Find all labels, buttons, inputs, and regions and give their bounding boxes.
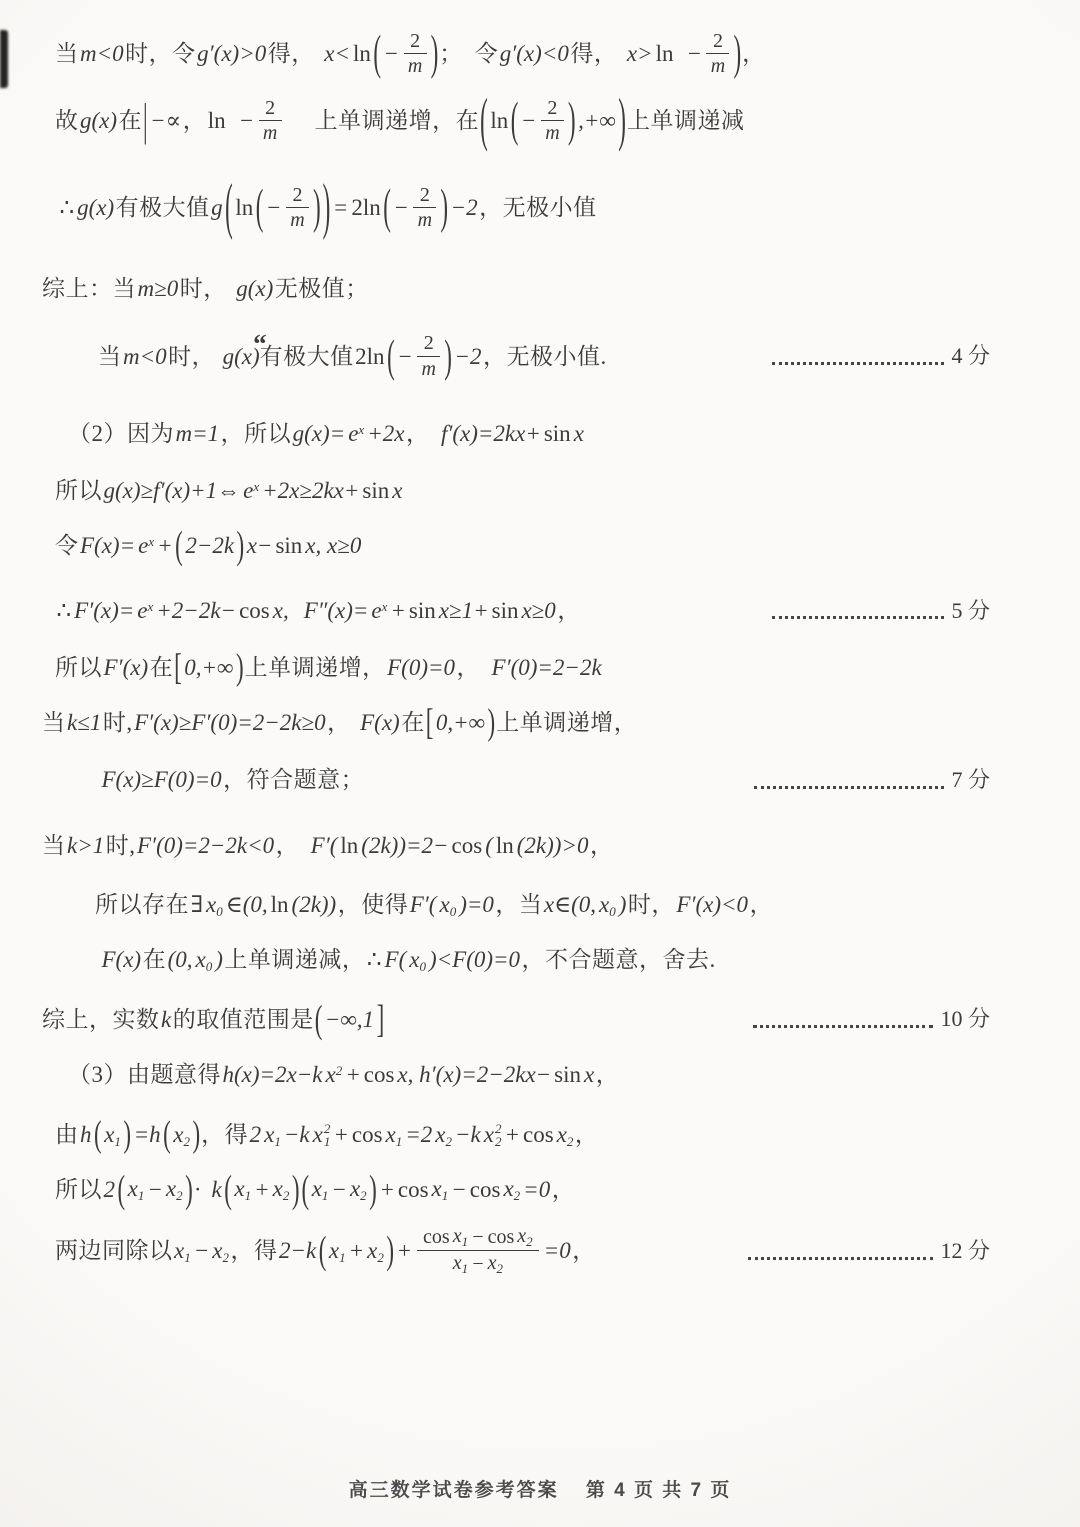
math-subscript: x2 <box>172 1119 192 1151</box>
solution-line-7: 所以g(x)≥f′(x)+1⇔ex+2x≥2kx+sinx <box>0 475 990 506</box>
solution-line-1: 当m<0时，令g′(x)>0得，x<ln(−2m)；令g′(x)<0得，x>ln… <box>0 30 990 78</box>
math-roman: 2ln <box>350 192 382 223</box>
spacer <box>429 433 439 434</box>
math-italic: g(x)= <box>291 418 347 449</box>
math-italic: h <box>79 1119 94 1150</box>
math-roman: cos <box>396 1174 430 1205</box>
math-roman: ln <box>206 105 227 136</box>
math-fraction: 2m <box>404 30 427 78</box>
solution-line-8: 令F(x)=ex+(2−2k)x−sinx, x≥0 <box>0 530 990 561</box>
math-roman: 2 <box>291 184 304 206</box>
solution-content: 当m<0时，令g′(x)>0得，x<ln(−2m)；令g′(x)<0得，x>ln… <box>0 0 1080 1277</box>
math-italic: 2 <box>248 1119 263 1150</box>
math-italic: =0 <box>522 1174 552 1205</box>
big-delimiter: ( <box>174 519 184 572</box>
solution-line-9: ∴F′(x)=ex+2−2k−cosx,F″(x)=ex+sinx≥1+sinx… <box>0 595 990 626</box>
big-delimiter: ) <box>430 21 440 86</box>
chinese-text: 令 <box>475 38 499 69</box>
big-delimiter: ( <box>224 164 234 248</box>
math-subscript: x0 <box>438 889 458 921</box>
math-roman: ln <box>234 192 255 223</box>
math-italic: x∈(0, <box>542 889 597 920</box>
math-subscript: x2 <box>348 1173 368 1205</box>
math-italic: +2−2k− <box>155 595 238 626</box>
math-subscript: x2 <box>211 1235 231 1267</box>
fraction-numerator: 2 <box>286 184 309 208</box>
math-italic: g′(x)>0 <box>196 38 268 69</box>
math-italic: − <box>470 1226 487 1248</box>
chinese-text: 时, <box>106 830 136 861</box>
math-italic: + <box>503 1119 522 1150</box>
big-delimiter: ) <box>439 174 449 239</box>
solution-line-16: 综上，实数k的取值范围是(−∞,1]10 分 <box>0 1004 990 1035</box>
spacer <box>315 53 323 54</box>
math-italic: g′(x)<0 <box>498 38 570 69</box>
math-superscript: ex <box>137 530 156 561</box>
math-roman: ln <box>494 830 515 861</box>
math-italic: k <box>210 1174 223 1205</box>
chinese-text: 上单调递减， <box>224 944 365 975</box>
big-delimiter: ( <box>301 1162 311 1215</box>
math-italic: x, x≥0 <box>304 530 363 561</box>
math-italic: F(x) <box>359 707 402 738</box>
math-italic: =2 <box>404 1119 434 1150</box>
math-subscript: x1 <box>103 1119 123 1151</box>
fraction-numerator: 2 <box>404 30 427 54</box>
chinese-text: ，符合题意； <box>223 764 364 795</box>
math-italic: m <box>416 209 433 231</box>
big-delimiter: ) <box>322 164 332 248</box>
math-italic: )=0 <box>458 889 496 920</box>
math-italic: = <box>331 192 350 223</box>
math-italic: F′(x)= <box>73 595 136 626</box>
fraction-denominator: m <box>406 54 423 77</box>
math-subscript: x1 <box>327 1235 347 1267</box>
solution-line-20: 两边同除以x1−x2，得2−k(x1+x2)+cosx1−cosx2x1−x2=… <box>0 1225 990 1277</box>
math-italic: ∈(0, <box>224 889 269 920</box>
spacer <box>480 667 490 668</box>
math-italic: m <box>406 55 423 77</box>
math-italic: 2 <box>102 1174 117 1205</box>
chinese-text: （2）因为 <box>68 418 174 449</box>
math-roman: cos <box>238 595 272 626</box>
math-roman: ∴ <box>365 944 383 975</box>
math-roman: ln <box>269 889 290 920</box>
spacer <box>299 845 309 846</box>
fraction-numerator: 2 <box>259 97 282 121</box>
solution-line-5: 当m<0时，g(x)“有极大值2ln(−2m)−2，无极小值.4 分 <box>0 332 990 380</box>
math-subscript: x1 <box>451 1225 469 1250</box>
math-roman: ∴ <box>58 192 76 223</box>
math-italic: + <box>156 530 175 561</box>
math-subscript: x1 <box>430 1173 450 1205</box>
chinese-text: 当 <box>98 341 122 372</box>
math-italic: k <box>160 1004 173 1035</box>
math-italic: − <box>146 1174 165 1205</box>
math-subscript: x2 <box>434 1119 454 1151</box>
big-delimiter: | <box>142 89 149 151</box>
math-roman: sin <box>542 418 572 449</box>
chinese-text: 由 <box>55 1119 79 1150</box>
big-delimiter: ( <box>314 992 324 1045</box>
math-italic: −∝ <box>149 105 183 136</box>
math-superscript: ex <box>347 418 366 449</box>
math-italic: 0,+∞ <box>183 652 235 683</box>
math-italic: g <box>210 192 225 223</box>
math-italic: g(x)≥f′(x)+1⇔ <box>102 475 242 506</box>
math-italic: m <box>544 122 561 144</box>
math-roman: cos <box>350 1119 384 1150</box>
chinese-text: 在 <box>401 707 425 738</box>
math-italic: + <box>253 1174 272 1205</box>
math-subscript: x1 <box>173 1235 193 1267</box>
chinese-text: 在 <box>143 944 167 975</box>
math-superscript: ex <box>242 475 261 506</box>
big-delimiter: ) <box>236 519 246 572</box>
math-subscript: x2 <box>486 1252 504 1277</box>
math-subscript: x1 <box>451 1252 469 1277</box>
math-italic: − <box>382 38 401 69</box>
dotted-leader <box>748 1242 933 1259</box>
math-italic: =h <box>132 1119 162 1150</box>
big-delimiter: ) <box>732 21 742 86</box>
math-subscript: x2 <box>164 1173 184 1205</box>
math-superscript: x2 <box>324 1059 344 1090</box>
chinese-text: ， <box>742 38 766 69</box>
chinese-text: 当 <box>55 38 79 69</box>
chinese-text: ，得 <box>201 1119 248 1150</box>
math-italic: − <box>685 38 704 69</box>
dotted-leader <box>754 771 944 788</box>
math-italic: m <box>420 358 437 380</box>
big-delimiter: ) <box>385 1224 395 1277</box>
math-fraction: 2m <box>286 184 309 232</box>
math-italic: 2−k <box>277 1235 317 1266</box>
chinese-text: ， <box>596 1059 620 1090</box>
fraction-numerator: 2 <box>541 97 564 121</box>
math-roman: 2 <box>422 332 435 354</box>
chinese-text: ， <box>575 1119 599 1150</box>
math-italic: x< <box>323 38 352 69</box>
chinese-text: ，所以 <box>221 418 292 449</box>
chinese-text: 上单调递减 <box>627 105 745 136</box>
math-italic: ) <box>214 944 225 975</box>
math-italic: m <box>261 122 278 144</box>
scan-artifact-quote: “ <box>253 326 264 362</box>
chinese-text: 所以 <box>55 475 102 506</box>
math-roman: 2 <box>264 97 277 119</box>
solution-line-6: （2）因为m=1，所以g(x)=ex+2x，f′(x)=2kx+sinx <box>0 418 990 449</box>
big-delimiter: ( <box>255 174 265 239</box>
math-italic: ( <box>484 830 495 861</box>
big-delimiter: ) <box>567 87 577 152</box>
fraction-denominator: m <box>261 121 278 144</box>
math-italic: − <box>470 1253 487 1275</box>
chinese-text: 两边同除以 <box>55 1235 173 1266</box>
math-subscript: x2 <box>271 1173 291 1205</box>
chinese-text: ， <box>572 1235 596 1266</box>
big-delimiter: ) <box>368 1162 378 1215</box>
math-italic: F( <box>383 944 408 975</box>
big-delimiter: ) <box>122 1109 132 1159</box>
math-italic: x <box>391 475 404 506</box>
chinese-text: 所以 <box>55 652 102 683</box>
math-italic: =0 <box>542 1235 572 1266</box>
chinese-text: ，不合题意，舍去. <box>522 944 716 975</box>
footer-page-info: 第 4 页 共 7 页 <box>576 1480 742 1501</box>
math-italic: − <box>330 1174 349 1205</box>
score-label: 10 分 <box>933 1004 990 1034</box>
chinese-text: · <box>194 1174 202 1205</box>
math-subscript: x1 <box>263 1119 283 1151</box>
math-italic: x <box>583 1059 596 1090</box>
math-roman: ln <box>654 38 675 69</box>
score-label: 7 分 <box>944 765 990 795</box>
math-subscript: x0 <box>194 944 214 976</box>
footer-title: 高三数学试卷参考答案 <box>339 1480 569 1501</box>
big-delimiter: ( <box>93 1109 103 1159</box>
math-italic: F(0)=0 <box>386 652 457 683</box>
chinese-text: 综上，实数 <box>42 1004 160 1035</box>
chinese-text: （3）由题意得 <box>68 1059 221 1090</box>
math-roman: ln <box>339 830 360 861</box>
math-italic: m<0 <box>122 341 169 372</box>
big-delimiter: ) <box>443 325 453 387</box>
math-italic: + <box>347 1235 366 1266</box>
chinese-text: 有极大值 <box>116 192 210 223</box>
math-subscript: x1 <box>233 1173 253 1205</box>
math-italic: m <box>709 55 726 77</box>
math-roman: sin <box>407 595 437 626</box>
chinese-text: ， <box>552 1174 576 1205</box>
spacer <box>463 53 475 54</box>
dotted-leader <box>753 1011 933 1028</box>
chinese-text: ，当 <box>495 889 542 920</box>
math-roman: cos <box>468 1174 502 1205</box>
math-fraction: 2m <box>413 184 436 232</box>
big-delimiter: ] <box>376 992 386 1045</box>
fraction-denominator: m <box>544 121 561 144</box>
math-italic: − <box>450 1174 469 1205</box>
math-italic: − <box>264 192 283 223</box>
math-roman: sin <box>490 595 520 626</box>
chinese-text: ； <box>439 38 463 69</box>
solution-line-11: 当k≤1时,F′(x)≥F′(0)=2−2k≥0，F(x)在[0,+∞)上单调递… <box>0 707 990 738</box>
spacer <box>351 722 359 723</box>
math-italic: F(x)≥F(0)=0 <box>100 764 223 795</box>
math-italic: (2k)) <box>290 889 338 920</box>
chinese-text: 时， <box>180 273 227 304</box>
math-italic: −k <box>454 1119 483 1150</box>
math-italic: F′(x)≥F′(0)=2−2k≥0 <box>133 707 328 738</box>
solution-line-3: ∴g(x)有极大值g(ln(−2m))=2ln(−2m)−2，无极小值 <box>0 184 990 232</box>
math-roman: 2 <box>546 97 559 119</box>
score-label: 5 分 <box>944 596 990 626</box>
math-subscript: x1 <box>126 1173 146 1205</box>
math-italic: + <box>332 1119 351 1150</box>
math-italic: + <box>378 1174 397 1205</box>
chinese-text: 上单调递增， <box>496 707 637 738</box>
math-italic: x≥0 <box>520 595 557 626</box>
math-italic: − <box>519 105 538 136</box>
math-italic: ) <box>617 889 628 920</box>
math-italic: x, <box>271 595 290 626</box>
math-roman: cos <box>450 830 484 861</box>
math-italic: k>1 <box>66 830 106 861</box>
math-italic: + <box>344 1059 363 1090</box>
math-subscript: x2 <box>366 1235 386 1267</box>
solution-line-17: （3）由题意得h(x)=2x−kx2+cosx, h′(x)=2−2kx−sin… <box>0 1059 990 1090</box>
math-italic: ,+∞ <box>577 105 618 136</box>
chinese-text: 令 <box>55 530 79 561</box>
chinese-text: 在 <box>150 652 174 683</box>
math-italic: F′(0)=2−2k<0 <box>135 830 275 861</box>
chinese-text: ，使得 <box>338 889 409 920</box>
chinese-text: ， <box>276 830 300 861</box>
math-roman: ln <box>489 105 510 136</box>
scan-edge-smudge <box>0 30 8 88</box>
math-roman: 2 <box>418 184 431 206</box>
math-fraction: 2m <box>706 30 729 78</box>
big-delimiter: ( <box>510 87 520 152</box>
spacer <box>202 1189 210 1190</box>
math-fraction: 2m <box>259 97 282 145</box>
solution-line-15: F(x)在(0,x0)上单调递减，∴F(x0)<F(0)=0，不合题意，舍去. <box>0 944 990 976</box>
math-italic: x≥1+ <box>437 595 490 626</box>
math-roman: ∴ <box>55 595 73 626</box>
math-roman: sin <box>274 530 304 561</box>
chinese-text: 得， <box>570 38 617 69</box>
solution-line-14: 所以存在∃x0∈(0,ln(2k))，使得F′(x0)=0，当x∈(0,x0)时… <box>0 889 990 921</box>
math-superscript: ex <box>370 595 389 626</box>
big-delimiter: ( <box>386 325 396 387</box>
chinese-text: 上单调递增，在 <box>315 105 480 136</box>
math-subscript: x0 <box>408 944 428 976</box>
math-subscript: x1 <box>384 1119 404 1151</box>
math-sub-sup: x21 <box>311 1119 332 1150</box>
math-italic: F′( <box>309 830 339 861</box>
math-fraction: 2m <box>417 332 440 380</box>
chinese-text: 故 <box>55 105 79 136</box>
math-roman: cos <box>486 1226 516 1248</box>
solution-line-13: 当k>1时,F′(0)=2−2k<0，F′(ln(2k))=2−cos(ln(2… <box>0 830 990 861</box>
math-superscript: ex <box>136 595 155 626</box>
math-subscript: x0 <box>204 889 224 921</box>
math-italic: k≤1 <box>66 707 103 738</box>
math-roman: 2ln <box>354 341 386 372</box>
big-delimiter: ) <box>487 698 497 748</box>
chinese-text: ，无极小值 <box>479 192 597 223</box>
solution-line-12: F(x)≥F(0)=0，符合题意；7 分 <box>0 764 990 795</box>
chinese-text: 得， <box>268 38 315 69</box>
math-italic: − <box>396 341 415 372</box>
math-italic: −2 <box>449 192 479 223</box>
math-italic: +2x <box>366 418 406 449</box>
math-italic: g(x) <box>235 273 275 304</box>
math-italic: m=1 <box>174 418 221 449</box>
math-italic: g(x) <box>76 192 116 223</box>
fraction-denominator: m <box>420 357 437 380</box>
math-italic: − <box>192 1235 211 1266</box>
fraction-numerator: 2 <box>417 332 440 356</box>
chinese-text: ，得 <box>230 1235 277 1266</box>
math-italic: F′(x) <box>102 652 150 683</box>
math-italic: −k <box>282 1119 311 1150</box>
big-delimiter: ( <box>372 21 382 86</box>
math-roman: sin <box>553 1059 583 1090</box>
math-italic: m<0 <box>79 38 126 69</box>
math-roman: cos <box>362 1059 396 1090</box>
score-label: 4 分 <box>944 341 990 371</box>
math-italic: + <box>389 595 408 626</box>
math-subscript: x0 <box>598 889 618 921</box>
big-delimiter: ) <box>191 1109 201 1159</box>
math-fraction: cosx1−cosx2x1−x2 <box>417 1225 540 1277</box>
chinese-text: 无极值； <box>275 273 369 304</box>
exam-answer-page: 当m<0时，令g′(x)>0得，x<ln(−2m)；令g′(x)<0得，x>ln… <box>0 0 1080 1527</box>
big-delimiter: [ <box>173 643 183 693</box>
chinese-text: ，无极小值. <box>483 341 607 372</box>
math-sub-sup: x22 <box>482 1119 503 1150</box>
fraction-numerator: cosx1−cosx2 <box>417 1225 540 1252</box>
math-roman: 2 <box>711 30 724 52</box>
math-italic: F(x)= <box>79 530 137 561</box>
math-italic: x− <box>245 530 274 561</box>
big-delimiter: ( <box>117 1162 127 1215</box>
math-italic: (2k))>0 <box>515 830 590 861</box>
math-italic: (0, <box>166 944 194 975</box>
chinese-text: ， <box>457 652 481 683</box>
solution-line-2: 故g(x)在|−∝，ln−2m上单调递增，在(ln(−2m),+∞)上单调递减 <box>0 97 990 145</box>
page-footer: 高三数学试卷参考答案 第 4 页 共 7 页 <box>0 1475 1080 1502</box>
spacer <box>290 610 302 611</box>
big-delimiter: ( <box>382 174 392 239</box>
math-subscript: x2 <box>516 1225 534 1250</box>
chinese-text: 时， <box>628 889 675 920</box>
math-italic: F″(x)= <box>302 595 370 626</box>
math-roman: ln <box>351 38 372 69</box>
math-italic: m≥0 <box>136 273 180 304</box>
math-italic: − <box>237 105 256 136</box>
math-italic: g(x) <box>79 105 119 136</box>
big-delimiter: ( <box>162 1109 172 1159</box>
math-italic: h(x)=2x−k <box>221 1059 324 1090</box>
big-delimiter: ) <box>312 174 322 239</box>
chinese-text: 时，令 <box>125 38 196 69</box>
spacer <box>285 120 315 121</box>
math-italic: + <box>395 1235 414 1266</box>
math-italic: F(x) <box>100 944 143 975</box>
big-delimiter: ) <box>291 1162 301 1215</box>
math-italic: m <box>289 209 306 231</box>
chinese-text: ， <box>557 595 581 626</box>
math-roman: 2 <box>409 30 422 52</box>
fraction-denominator: x1−x2 <box>451 1251 504 1277</box>
math-italic: F′(0)=2−2k <box>490 652 603 683</box>
chinese-text: 上单调递增， <box>245 652 386 683</box>
fraction-numerator: 2 <box>413 184 436 208</box>
spacer <box>227 288 235 289</box>
math-subscript: x1 <box>310 1173 330 1205</box>
big-delimiter: ) <box>235 643 245 693</box>
chinese-text: ， <box>327 707 351 738</box>
dotted-leader <box>772 348 944 365</box>
chinese-text: 所以存在 <box>95 889 189 920</box>
chinese-text: 时, <box>103 707 133 738</box>
solution-line-19: 所以2(x1−x2)·k(x1+x2)(x1−x2)+cosx1−cosx2=0… <box>0 1173 990 1205</box>
math-italic: 0,+∞ <box>434 707 486 738</box>
big-delimiter: ( <box>223 1162 233 1215</box>
